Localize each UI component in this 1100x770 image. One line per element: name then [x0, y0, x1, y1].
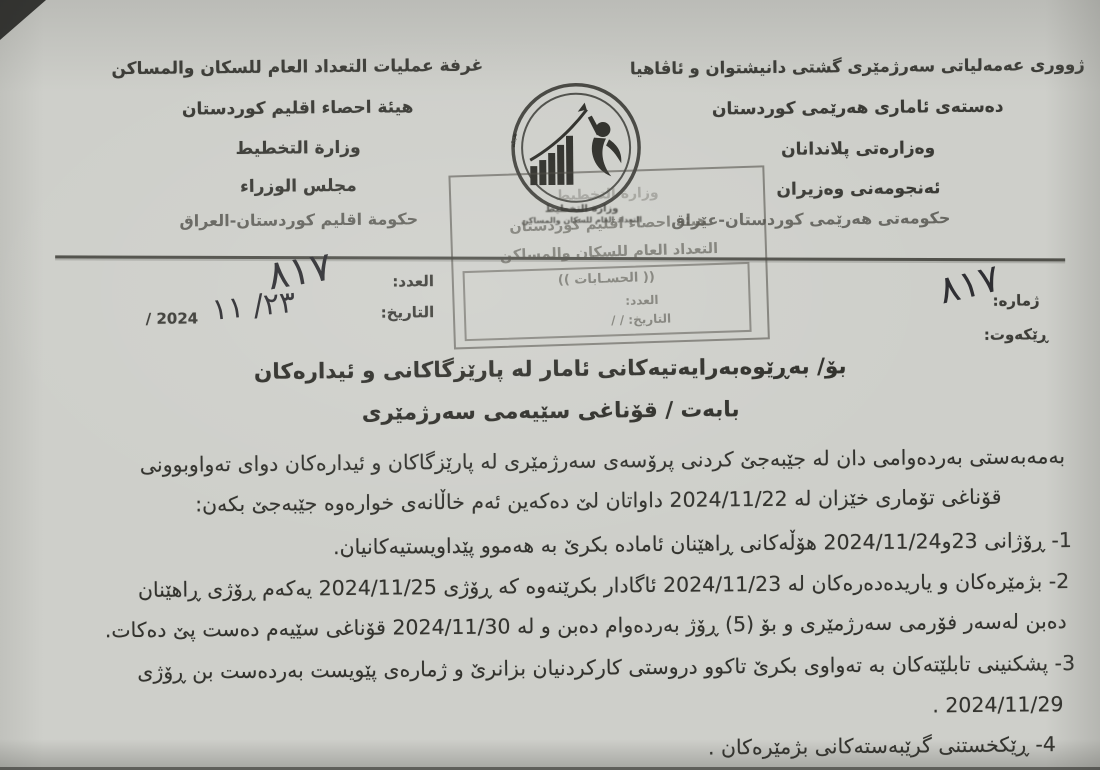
list-item-2-line-1: 2- بژمێرەکان و یاریدەدەرەکان لە 2024/11/…	[138, 569, 1070, 602]
date-label-kurdish: ڕێکەوت:	[984, 325, 1048, 344]
subject-line: بابەت / قۆناغی سێیەمی سەرژمێری	[1, 394, 1100, 430]
body-intro-line-2: قۆناغی تۆماری خێزان لە 2024/11/22 داواتا…	[195, 485, 1002, 517]
list-item-4: 4- ڕێکخستنی گرێبەستەکانی بژمێرەکان .	[708, 732, 1056, 759]
seal-arc-text: هيئة احصاء اقليم كوردستان • سەرژمێری گشت…	[489, 77, 519, 148]
header-right-line-2: دەستەی ئاماری هەرێمی کوردستان	[628, 96, 1088, 120]
document-content: غرفة عمليات التعداد العام للسكان والمساك…	[0, 0, 1100, 770]
seal-person-icon	[588, 115, 622, 176]
stamp-number-label: العدد:	[625, 293, 659, 308]
header-left-line-3: وزارة التخطيط	[98, 136, 498, 160]
stamp-authority-line: هيئة احصاء اقليم كوردستان	[452, 211, 764, 237]
addressee-line: بۆ/ بەڕێوەبەرایەتیەکانی ئامار لە پارێزگا…	[0, 352, 1100, 388]
list-item-2-line-2: دەبن لەسەر فۆرمی سەرژمێری و بۆ (5) ڕۆژ ب…	[105, 609, 1067, 642]
header-right-line-3: وەزارەتی پلاندانان	[628, 137, 1088, 161]
stamp-date-label: التاريخ: / /	[611, 311, 671, 327]
number-label-arabic: العدد:	[392, 272, 434, 290]
stamp-census-line: التعداد العام للسكان والمساكن	[453, 239, 765, 265]
date-label-arabic: التاريخ:	[381, 303, 435, 322]
handwritten-date-day-month: ٢٣/ ١١	[210, 285, 297, 328]
header-left-line-5: حكومة اقليم كوردستان-العراق	[99, 208, 499, 231]
header-left-line-2: هيئة احصاء اقليم كوردستان	[98, 96, 498, 120]
stamp-inner-box: (( الحسـابات )) العدد: التاريخ: / /	[463, 262, 752, 341]
list-item-3-line-2: 2024/11/29 .	[932, 692, 1063, 717]
header-right-line-1: ژووری عەمەلیاتی سەرژمێری گشتی دانیشتوان …	[627, 55, 1087, 78]
header-left-line-1: غرفة عمليات التعداد العام للسكان والمساك…	[97, 55, 497, 79]
scanned-letter-page: غرفة عمليات التعداد العام للسكان والمساك…	[0, 0, 1100, 770]
rectangular-office-stamp: وزارة التخطيط هيئة احصاء اقليم كوردستان …	[448, 165, 769, 349]
printed-year: / 2024	[146, 309, 199, 328]
svg-text:هيئة احصاء اقليم كوردستان • سە: هيئة احصاء اقليم كوردستان • سەرژمێری گشت…	[489, 77, 519, 148]
stamp-inner-title: (( الحسـابات ))	[465, 267, 748, 291]
header-left-line-4: مجلس الوزراء	[98, 174, 498, 198]
stamp-ministry-line: وزارة التخطيط	[451, 181, 763, 207]
list-item-1: 1- ڕۆژانی 23و2024/11/24 هۆڵەکانی ڕاهێنان…	[333, 528, 1072, 559]
body-intro-line-1: بەمەبەستی بەردەوامی دان لە جێبەجێ کردنی …	[140, 444, 1065, 477]
list-item-3-line-1: 3- پشکنینی تابلێتەکان بە تەواوی بکرێ تاک…	[137, 651, 1075, 684]
